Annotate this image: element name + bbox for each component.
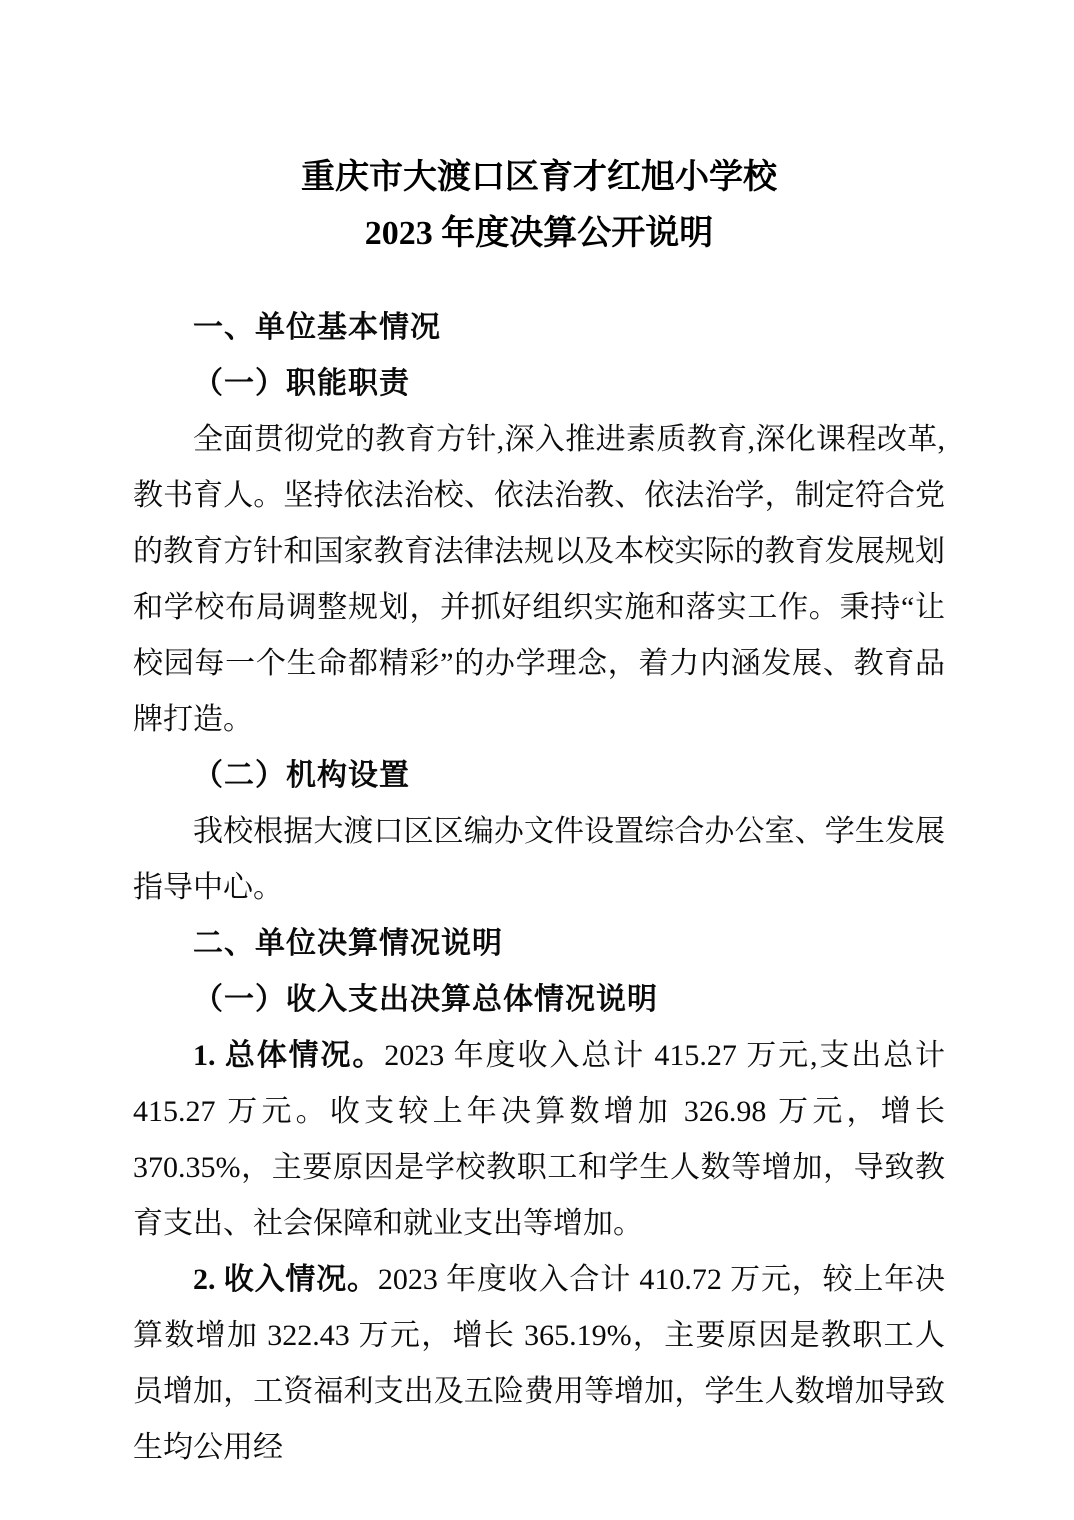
paragraph: 我校根据大渡口区区编办文件设置综合办公室、学生发展指导中心。 <box>133 804 945 916</box>
run-in-bold-heading: （一）职能职责 <box>193 367 410 400</box>
section-heading: 二、单位决算情况说明 <box>133 916 945 972</box>
document-page: 重庆市大渡口区育才红旭小学校 2023 年度决算公开说明 一、单位基本情况（一）… <box>0 0 1074 1520</box>
run-in-bold-heading: 1. 总体情况。 <box>193 1039 384 1072</box>
section-heading: 一、单位基本情况 <box>133 300 945 356</box>
subsection-heading: （一）收入支出决算总体情况说明 <box>133 972 945 1028</box>
run-in-bold-heading: （二）机构设置 <box>193 759 410 792</box>
run-in-bold-heading: 一、单位基本情况 <box>193 311 441 344</box>
body-text-run: 我校根据大渡口区区编办文件设置综合办公室、学生发展指导中心。 <box>133 815 945 904</box>
run-in-bold-heading: 2. 收入情况。 <box>193 1263 378 1296</box>
subsection-heading: （一）职能职责 <box>133 356 945 412</box>
document-body: 一、单位基本情况（一）职能职责全面贯彻党的教育方针,深入推进素质教育,深化课程改… <box>133 300 945 1476</box>
title-line-2: 2023 年度决算公开说明 <box>133 206 945 262</box>
title-line-1: 重庆市大渡口区育才红旭小学校 <box>133 150 945 206</box>
page-number: 1 <box>0 1383 1074 1405</box>
run-in-bold-heading: 二、单位决算情况说明 <box>193 927 503 960</box>
document-title: 重庆市大渡口区育才红旭小学校 2023 年度决算公开说明 <box>133 150 945 262</box>
body-text-run: 全面贯彻党的教育方针,深入推进素质教育,深化课程改革,教书育人。坚持依法治校、依… <box>133 423 945 736</box>
subsection-heading: （二）机构设置 <box>133 748 945 804</box>
paragraph: 全面贯彻党的教育方针,深入推进素质教育,深化课程改革,教书育人。坚持依法治校、依… <box>133 412 945 748</box>
paragraph: 1. 总体情况。2023 年度收入总计 415.27 万元,支出总计 415.2… <box>133 1028 945 1252</box>
paragraph: 2. 收入情况。2023 年度收入合计 410.72 万元，较上年决算数增加 3… <box>133 1252 945 1476</box>
run-in-bold-heading: （一）收入支出决算总体情况说明 <box>193 983 658 1016</box>
